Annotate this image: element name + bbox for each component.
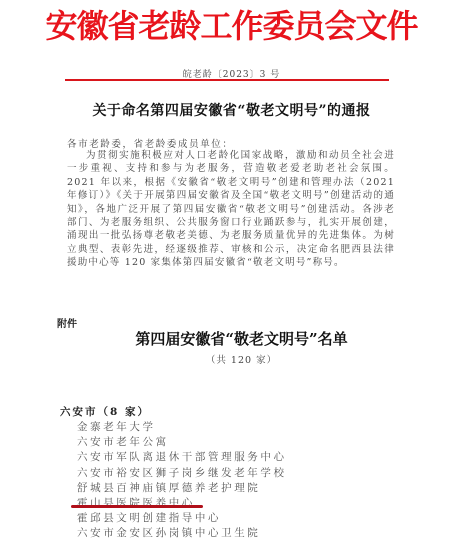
entry-list: 金寨老年大学 六安市老年公寓 六安市军队离退休干部管理服务中心 六安市裕安区狮子… xyxy=(77,420,287,542)
red-separator-line xyxy=(65,79,389,81)
list-item: 舒城县百神庙镇厚德养老护理院 xyxy=(77,481,287,496)
notice-body: 为贯彻实施积极应对人口老龄化国家战略，激励和动员全社会进一步重视、支持和参与为老… xyxy=(67,149,395,270)
list-item: 霍邱县文明创建指导中心 xyxy=(77,511,287,526)
notice-paragraph: 为贯彻实施积极应对人口老龄化国家战略，激励和动员全社会进一步重视、支持和参与为老… xyxy=(67,149,395,270)
list-title: 第四届安徽省“敬老文明号”名单 xyxy=(0,328,463,349)
city-heading: 六安市（8 家） xyxy=(60,404,150,419)
list-item: 金寨老年大学 xyxy=(77,420,287,435)
masthead: 安徽省老龄工作委员会文件 xyxy=(0,8,463,44)
list-count: （共 120 家） xyxy=(0,352,463,366)
notice-title: 关于命名第四届安徽省“敬老文明号”的通报 xyxy=(0,100,463,120)
list-item: 六安市军队离退休干部管理服务中心 xyxy=(77,450,287,465)
salutation: 各市老龄委，省老龄委成员单位： xyxy=(67,136,234,150)
red-underline-annotation xyxy=(71,505,203,508)
list-item: 六安市裕安区狮子岗乡继发老年学校 xyxy=(77,466,287,481)
list-item-highlighted: 霍山县医院医养中心 xyxy=(77,496,287,511)
list-item: 六安市老年公寓 xyxy=(77,435,287,450)
list-item: 六安市金安区孙岗镇中心卫生院 xyxy=(77,526,287,541)
